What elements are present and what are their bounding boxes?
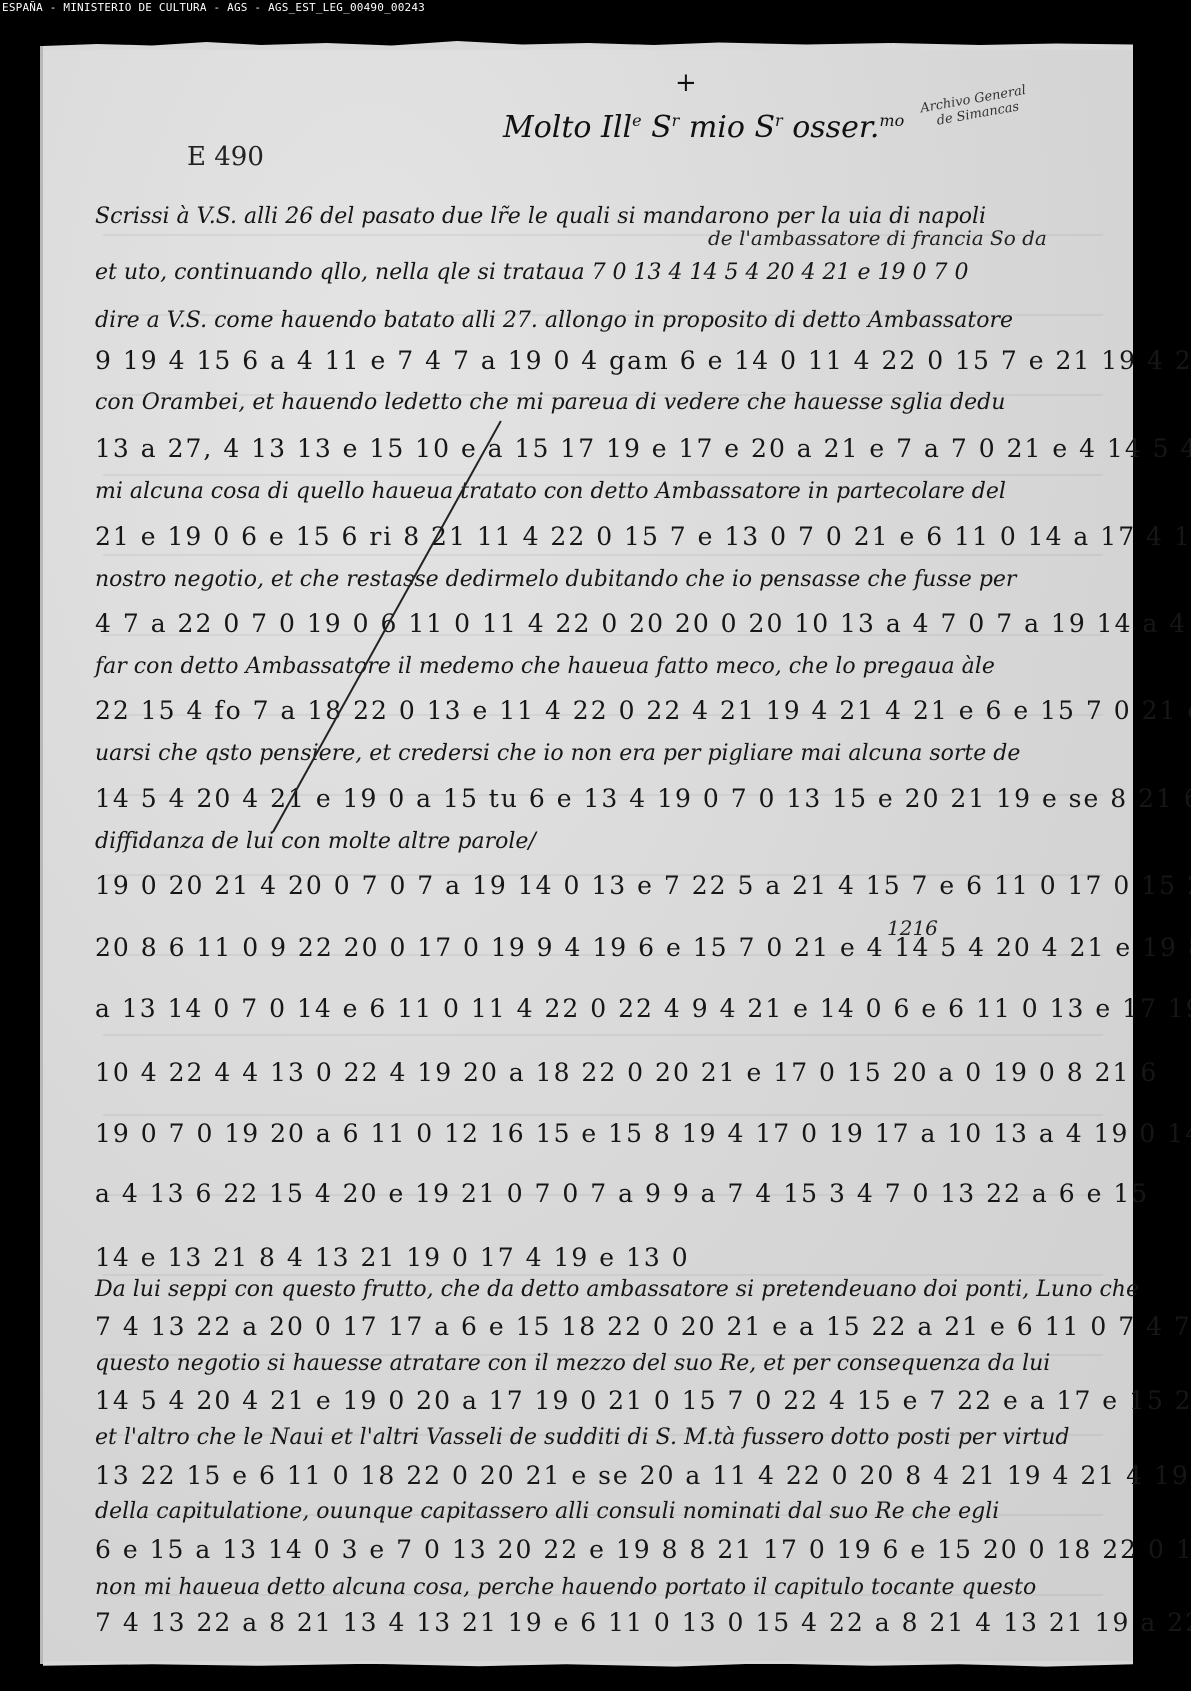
text-line: nostro negotio, et che restasse dedirmel… (95, 567, 1016, 592)
manuscript-page: + Molto Ille Sr mio Sr osser.mo Archivo … (40, 46, 1133, 1664)
cipher-line: 14 5 4 20 4 21 e 19 0 20 a 17 19 0 21 0 … (95, 1386, 1191, 1415)
cipher-line: 20 8 6 11 0 9 22 20 0 17 0 19 9 4 19 6 e… (95, 933, 1191, 962)
cipher-line: a 13 14 0 7 0 14 e 6 11 0 11 4 22 0 22 4… (95, 994, 1191, 1023)
cipher-line: 7 4 13 22 a 8 21 13 4 13 21 19 e 6 11 0 … (95, 1608, 1191, 1637)
text-line: con Orambei, et hauendo ledetto che mi p… (95, 390, 1005, 415)
cipher-line: a 4 13 6 22 15 4 20 e 19 21 0 7 0 7 a 9 … (95, 1179, 1149, 1208)
archive-caption: ESPAÑA - MINISTERIO DE CULTURA - AGS - A… (2, 1, 425, 14)
cipher-line: 14 5 4 20 4 21 e 19 0 a 15 tu 6 e 13 4 1… (95, 784, 1191, 813)
cipher-line: 21 e 19 0 6 e 15 6 ri 8 21 11 4 22 0 15 … (95, 522, 1191, 551)
text-line: mi alcuna cosa di quello haueua tratato … (95, 479, 1006, 504)
text-line: diffidanza de lui con molte altre parole… (95, 829, 536, 854)
interlinear-note: de l'ambassatore di francia So da (708, 226, 1047, 250)
cipher-line: 19 0 20 21 4 20 0 7 0 7 a 19 14 0 13 e 7… (95, 871, 1191, 900)
text-line: Da lui seppi con questo frutto, che da d… (95, 1277, 1139, 1302)
text-line: dire a V.S. come hauendo batato alli 27.… (95, 308, 1013, 333)
text-line: et uto, continuando qllo, nella qle si t… (95, 260, 968, 285)
text-line: della capitulatione, ouunque capitassero… (95, 1499, 999, 1524)
text-line: far con detto Ambassatore il medemo che … (95, 654, 995, 679)
text-line: uarsi che qsto pensiere, et credersi che… (95, 741, 1020, 766)
cipher-line: 9 19 4 15 6 a 4 11 e 7 4 7 a 19 0 4 gam … (95, 346, 1191, 375)
cipher-line: 19 0 7 0 19 20 a 6 11 0 12 16 15 e 15 8 … (95, 1119, 1191, 1148)
cipher-line: 22 15 4 fo 7 a 18 22 0 13 e 11 4 22 0 22… (95, 696, 1191, 725)
cross-mark: + (675, 68, 697, 98)
text-line: non mi haueua detto alcuna cosa, perche … (95, 1575, 1036, 1600)
text-line: et l'altro che le Naui et l'altri Vassel… (95, 1425, 1070, 1450)
text-line: questo negotio si hauesse atratare con i… (95, 1351, 1050, 1376)
archive-stamp: Archivo General de Simancas (919, 83, 1030, 131)
cipher-line: 6 e 15 a 13 14 0 3 e 7 0 13 20 22 e 19 8… (95, 1535, 1191, 1564)
cipher-line: 7 4 13 22 a 20 0 17 17 a 6 e 15 18 22 0 … (95, 1312, 1191, 1341)
cipher-line: 10 4 22 4 4 13 0 22 4 19 20 a 18 22 0 20… (95, 1058, 1158, 1087)
cipher-line: 4 7 a 22 0 7 0 19 0 6 11 0 11 4 22 0 20 … (95, 609, 1191, 638)
salutation-heading: Molto Ille Sr mio Sr osser.mo (503, 110, 904, 145)
folio-number: E 490 (187, 142, 264, 172)
cipher-line: 14 e 13 21 8 4 13 21 19 0 17 4 19 e 13 0 (95, 1243, 690, 1272)
cipher-line: 13 a 27, 4 13 13 e 15 10 e a 15 17 19 e … (95, 434, 1191, 463)
cipher-line: 13 22 15 e 6 11 0 18 22 0 20 21 e se 20 … (95, 1461, 1191, 1490)
text-line: Scrissi à V.S. alli 26 del pasato due lr… (95, 204, 986, 229)
